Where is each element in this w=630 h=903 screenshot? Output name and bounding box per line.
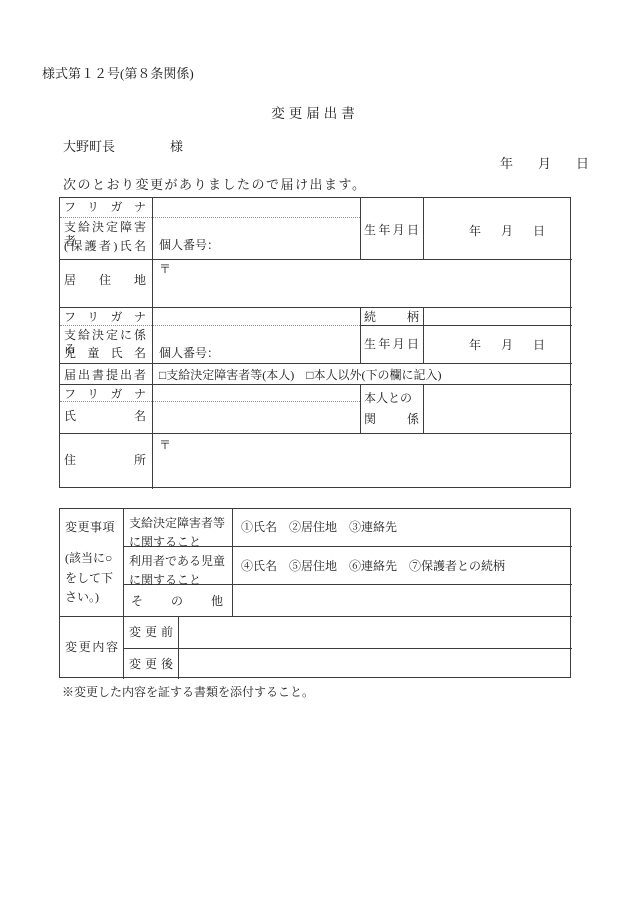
change-row-items: ④氏名 ⑤居住地 ⑥連絡先 ⑦保護者との続柄 — [241, 559, 505, 573]
before-change-label: 変更前 — [129, 625, 173, 639]
grantee-birthdate-placeholder: 年月日 — [469, 224, 565, 238]
child-birthdate-label: 生年月日 — [364, 337, 419, 351]
column-divider — [360, 198, 361, 259]
change-table: 変更事項 (該当に○ をして下 さい。) 支給決定障害者等 に関すること ①氏名… — [59, 508, 571, 678]
child-name-label-line2: 児童氏名 — [64, 346, 146, 360]
grantee-furigana-label: フリガナ — [64, 200, 146, 214]
column-divider — [360, 307, 361, 363]
change-notification-form: 様式第１２号(第８条関係) 変更届出書 大野町長 様 年月日 次のとおり変更があ… — [0, 0, 630, 903]
submitter-relation-label-line2: 関係 — [364, 412, 419, 426]
row-divider — [60, 307, 572, 308]
grantee-personal-number-label: 個人番号： — [159, 238, 219, 252]
row-divider — [60, 384, 572, 385]
change-row-label-other: その他 — [131, 594, 223, 608]
change-row-label: 支給決定障害者等 に関すること — [129, 514, 229, 552]
child-personal-number-label: 個人番号： — [159, 346, 219, 360]
submission-date-line: 年月日 — [500, 157, 614, 171]
change-items-label: 変更事項 — [65, 520, 115, 534]
row-divider — [123, 648, 572, 649]
column-divider — [360, 384, 361, 433]
after-change-label: 変更後 — [129, 657, 173, 671]
row-divider — [60, 616, 572, 617]
change-row-label: 利用者である児童 に関すること — [129, 552, 229, 590]
submitter-relation-label-line1: 本人との — [364, 391, 412, 405]
child-furigana-label: フリガナ — [64, 310, 146, 324]
row-divider — [60, 433, 572, 434]
child-birthdate-placeholder: 年月日 — [469, 338, 565, 352]
label-column-divider — [123, 509, 124, 679]
column-divider — [423, 384, 424, 433]
furigana-divider — [60, 217, 360, 218]
submitter-furigana-label: フリガナ — [64, 387, 146, 401]
column-divider — [232, 509, 233, 616]
row-divider — [60, 363, 572, 364]
submitter-name-label: 氏名 — [64, 409, 146, 423]
document-title: 変更届出書 — [0, 102, 630, 122]
intro-sentence: 次のとおり変更がありましたので届け出ます。 — [63, 177, 366, 192]
row-divider — [360, 325, 572, 326]
change-content-label: 変更内容 — [65, 640, 118, 654]
address-postal-mark: 〒 — [159, 438, 171, 452]
column-divider — [423, 198, 424, 259]
child-relationship-label: 続柄 — [364, 310, 419, 324]
addressee-honorific: 様 — [170, 139, 183, 154]
change-row-items: ①氏名 ②居住地 ③連絡先 — [241, 520, 397, 534]
attachment-footnote: ※変更した内容を証する書類を添付すること。 — [62, 685, 314, 699]
form-number: 様式第１２号(第８条関係) — [42, 66, 194, 81]
furigana-divider — [60, 325, 360, 326]
residence-label: 居住地 — [64, 273, 146, 287]
residence-postal-mark: 〒 — [159, 262, 171, 276]
grantee-birthdate-label: 生年月日 — [364, 223, 419, 237]
address-label: 住所 — [64, 453, 146, 467]
submitter-options: □支給決定障害者等(本人) □本人以外(下の欄に記入) — [159, 368, 441, 382]
addressee: 大野町長 — [63, 139, 115, 154]
grantee-name-label-line2: (保護者)氏名 — [64, 239, 146, 253]
row-divider — [60, 259, 572, 260]
label-column-divider — [152, 198, 153, 489]
applicant-table: フリガナ 支給決定障害者 (保護者)氏名 個人番号： 生年月日 年月日 居住地 … — [59, 197, 571, 488]
submitter-label: 届出書提出者 — [64, 368, 146, 382]
furigana-divider — [60, 401, 360, 402]
column-divider — [423, 307, 424, 363]
change-items-note: (該当に○ をして下 さい。) — [65, 549, 121, 608]
